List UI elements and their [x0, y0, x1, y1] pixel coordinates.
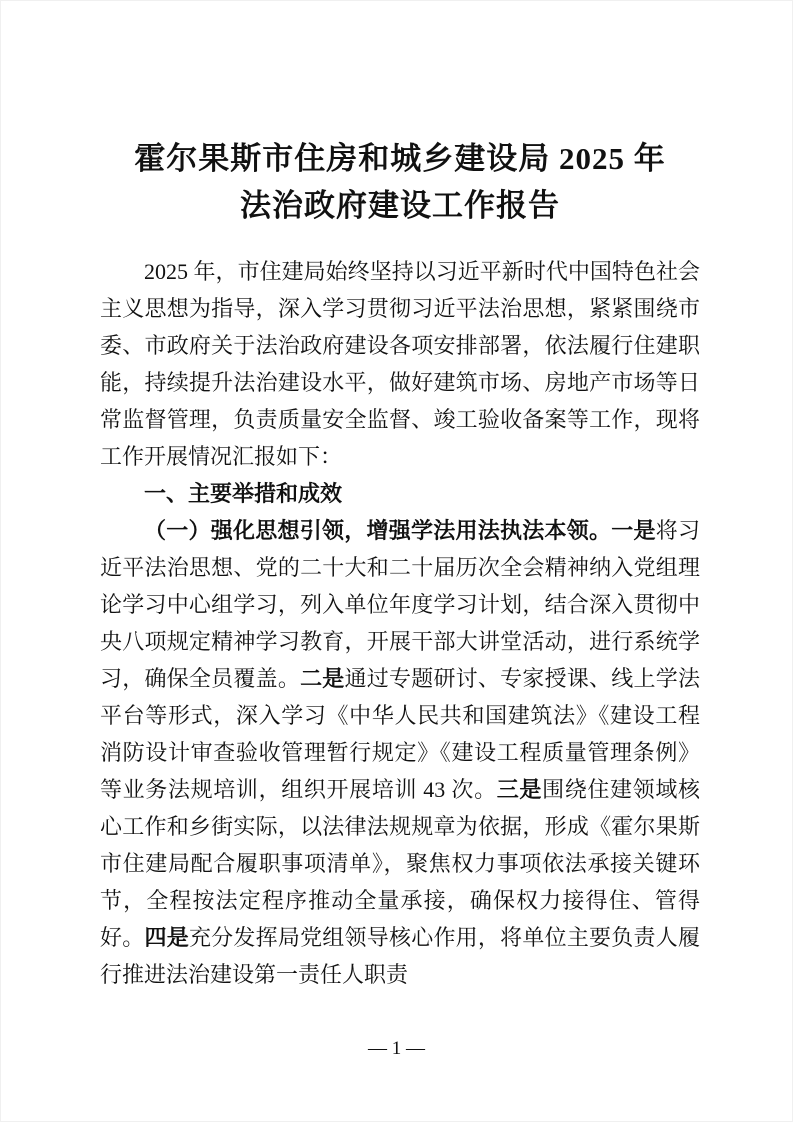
page-footer: — 1 —: [1, 1037, 792, 1061]
paragraph: （一）强化思想引领，增强学法用法执法本领。一是将习近平法治思想、党的二十大和二十…: [100, 512, 700, 993]
paragraph: 2025 年，市住建局始终坚持以习近平新时代中国特色社会主义思想为指导，深入学习…: [100, 253, 700, 475]
page-number: — 1 —: [368, 1038, 425, 1059]
text-run: 2025 年，市住建局始终坚持以习近平新时代中国特色社会主义思想为指导，深入学习…: [100, 259, 700, 469]
title-line-2: 法治政府建设工作报告: [100, 182, 700, 229]
text-run: 三是: [497, 777, 542, 802]
section-heading: 一、主要举措和成效: [100, 475, 700, 512]
text-run: 二是: [300, 666, 344, 691]
text-run: 一、主要举措和成效: [144, 481, 342, 506]
text-run: （一）强化思想引领，增强学法用法执法本领。一是: [144, 518, 656, 543]
document-title: 霍尔果斯市住房和城乡建设局 2025 年 法治政府建设工作报告: [100, 135, 700, 229]
text-run: 充分发挥局党组领导核心作用，将单位主要负责人履行推进法治建设第一责任人职责: [100, 925, 700, 987]
text-run: 四是: [144, 925, 188, 950]
document-body: 2025 年，市住建局始终坚持以习近平新时代中国特色社会主义思想为指导，深入学习…: [100, 253, 700, 993]
title-line-1: 霍尔果斯市住房和城乡建设局 2025 年: [100, 135, 700, 182]
document-page: 霍尔果斯市住房和城乡建设局 2025 年 法治政府建设工作报告 2025 年，市…: [0, 0, 793, 1122]
